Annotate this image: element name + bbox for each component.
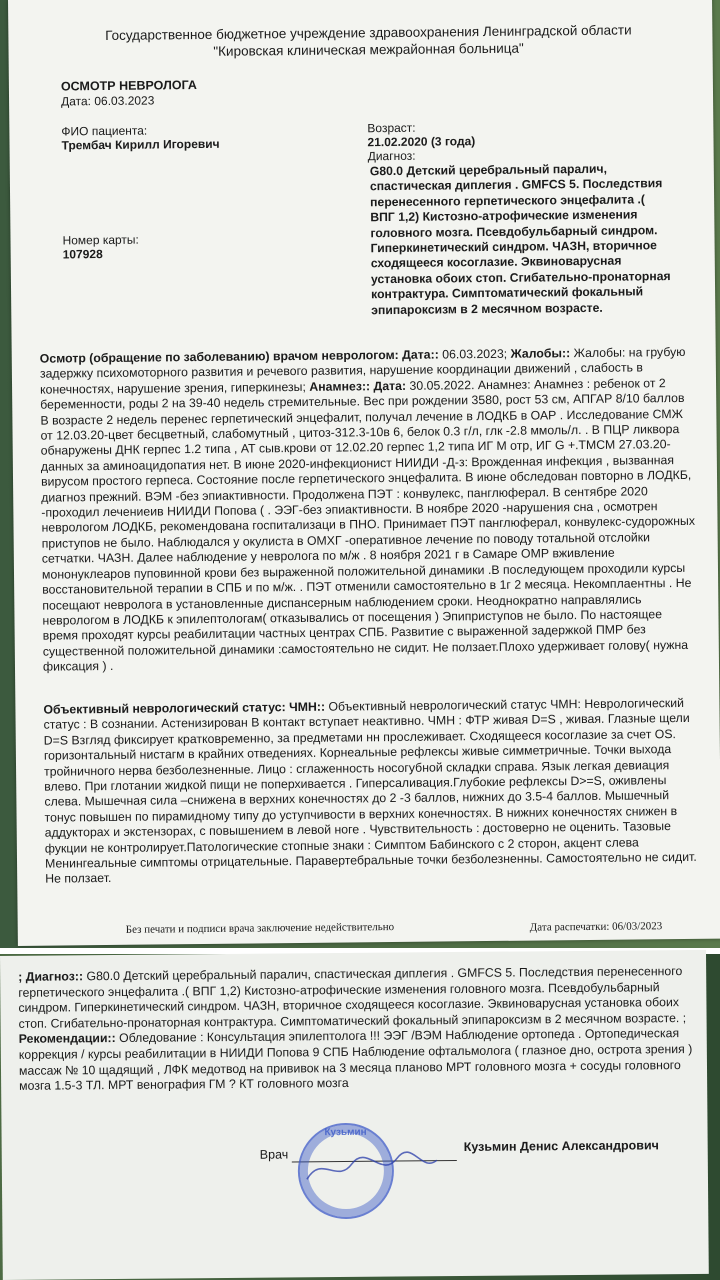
age-value: 21.02.2020 (3 года): [367, 134, 475, 149]
signature-icon: [302, 1148, 442, 1189]
diagnosis-value: G80.0 Детский церебральный паралич, спас…: [370, 161, 672, 318]
diagnosis-label: Диагноз:: [368, 149, 416, 164]
anamnesis-label: Анамнез:: Дата:: [309, 379, 406, 394]
print-date: Дата распечатки: 06/03/2023: [530, 920, 663, 933]
neuro-heading: Объективный неврологический статус: ЧМН:…: [43, 700, 325, 717]
anamnesis-text: 30.05.2022. Анамнез: Анамнез : ребенок о…: [40, 376, 695, 674]
conclusion-diagnosis-text: G80.0 Детский церебральный паралич, спас…: [18, 964, 686, 1031]
fio-value: Трембач Кирилл Игоревич: [61, 137, 219, 153]
exam-date: 06.03.2023;: [439, 347, 511, 362]
neuro-status-section: Объективный неврологический статус: ЧМН:…: [43, 696, 700, 888]
card-value: 107928: [63, 247, 103, 261]
complaints-label: Жалобы::: [511, 346, 571, 361]
recommendations-text: Обледование : Консультация эпилептолога …: [19, 1026, 693, 1093]
exam-section: Осмотр (обращение по заболеванию) врачом…: [40, 345, 698, 675]
conclusion-diagnosis-label: ; Диагноз::: [18, 969, 83, 984]
fio-label: ФИО пациента:: [61, 124, 147, 139]
recommendations-label: Рекомендации::: [19, 1031, 116, 1046]
disclaimer: Без печати и подписи врача заключение не…: [126, 921, 395, 936]
neuro-text: Объективный неврологический статус ЧМН: …: [44, 696, 697, 886]
card-label: Номер карты:: [62, 233, 138, 248]
doctor-label: Врач: [260, 1147, 289, 1161]
org-header: Государственное бюджетное учреждение здр…: [88, 21, 648, 61]
stamp-text: Кузьмин: [300, 1127, 392, 1139]
document-title: ОСМОТР НЕВРОЛОГА: [61, 78, 197, 93]
document-date: Дата: 06.03.2023: [61, 93, 154, 108]
doctor-name: Кузьмин Денис Александрович: [464, 1138, 659, 1154]
conclusion-text: ; Диагноз:: G80.0 Детский церебральный п…: [18, 964, 699, 1095]
conclusion-page: ; Диагноз:: G80.0 Детский церебральный п…: [0, 950, 709, 1280]
age-label: Возраст:: [367, 121, 415, 136]
medical-report-page: Государственное бюджетное учреждение здр…: [8, 0, 720, 946]
